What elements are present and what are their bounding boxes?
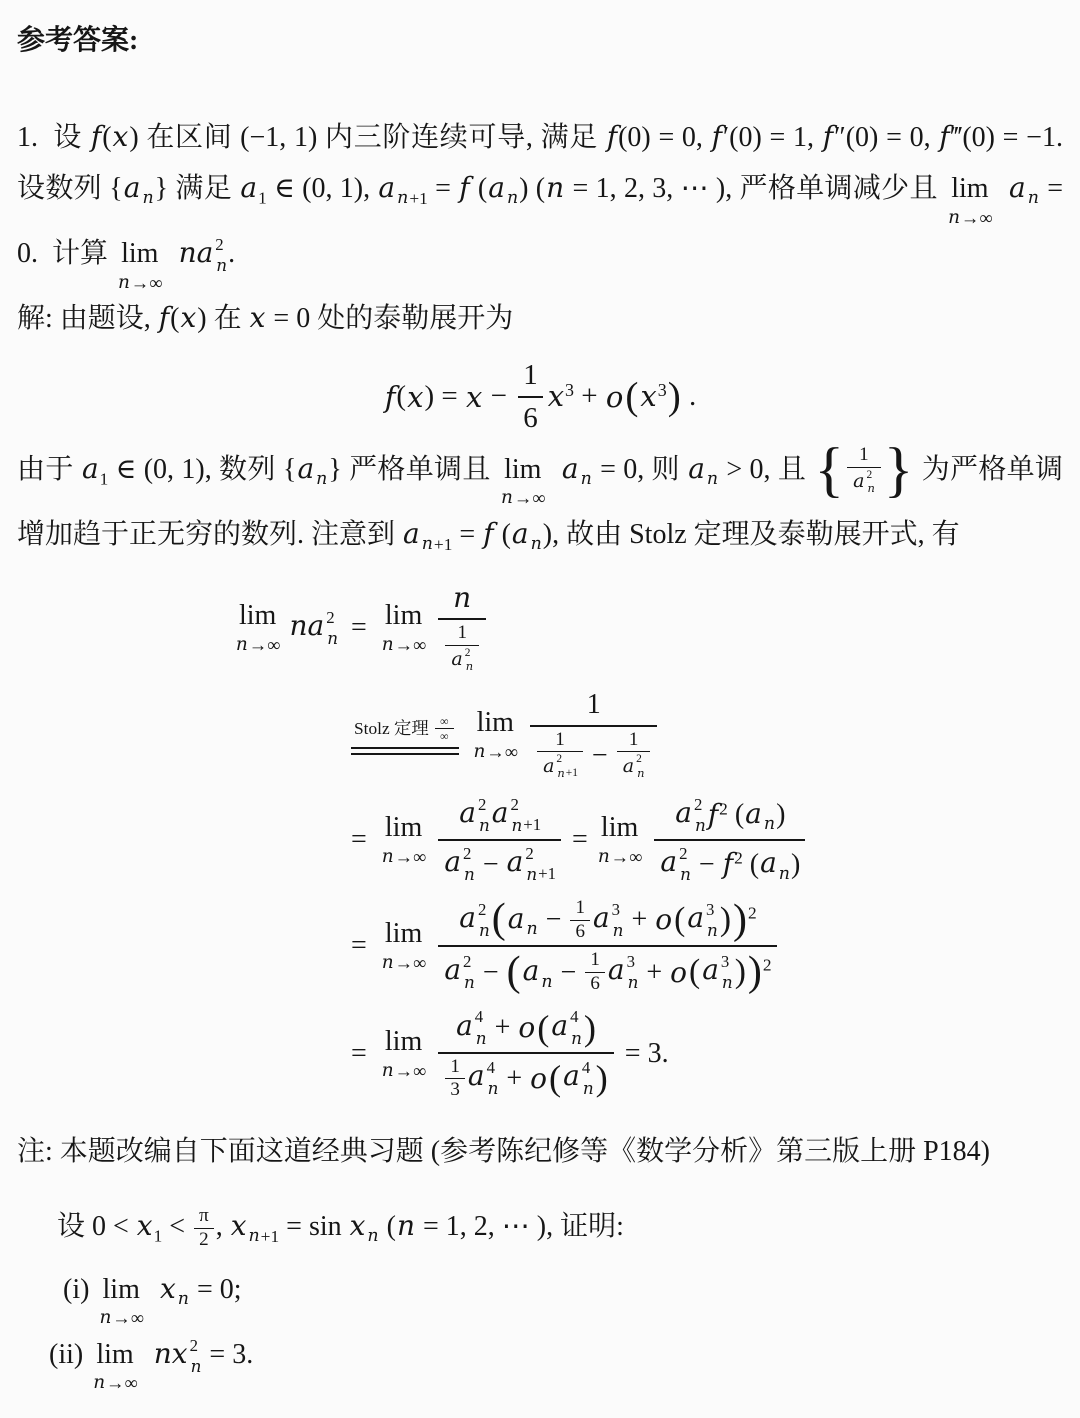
math-subscript: n bbox=[487, 1078, 500, 1099]
math-variable: a bbox=[491, 796, 510, 829]
math-variable: n bbox=[582, 1078, 595, 1098]
math-text: +1 bbox=[566, 767, 578, 781]
math-scripts: a2n+1 bbox=[506, 844, 556, 885]
note: 注: 本题改编自下面这道经典习题 (参考陈纪修等《数学分析》第三版上册 P184… bbox=[17, 1127, 1063, 1177]
math-text: →∞ bbox=[131, 273, 163, 293]
math-scripts: a2n bbox=[450, 647, 474, 675]
math-text: 3 bbox=[612, 900, 620, 919]
math-subscript: n bbox=[627, 972, 640, 993]
math-fraction: 16 bbox=[518, 358, 543, 436]
math-text: →∞ bbox=[486, 742, 518, 762]
math-variable: n bbox=[473, 742, 487, 762]
math-text: 2 bbox=[463, 844, 471, 863]
math-text: = sin bbox=[279, 1211, 348, 1242]
math-subscript: n bbox=[326, 628, 339, 649]
math-text: = bbox=[351, 1038, 367, 1070]
math-supsub: 2n bbox=[190, 1336, 203, 1377]
math-text: ∞ bbox=[440, 730, 448, 743]
fraction-bar bbox=[438, 945, 776, 947]
math-variable: a bbox=[562, 1059, 581, 1092]
math-text: = bbox=[351, 930, 367, 962]
limit-under: n→∞ bbox=[381, 1060, 427, 1081]
math-text: = 1, 2, 3, ⋯ ), 严格单调减少且 bbox=[565, 173, 945, 204]
math-text: π bbox=[199, 1206, 209, 1227]
math-big-delimiter: ( bbox=[688, 959, 701, 986]
math-text: +1 bbox=[434, 536, 452, 553]
math-text: 6 bbox=[590, 974, 600, 995]
math-subscript: n bbox=[540, 972, 553, 991]
math-text: ∈ (0, 1), 数列 { bbox=[108, 454, 296, 485]
taylor-expansion-equation: f(x) = x − 16x3 + o(x3) . bbox=[17, 358, 1063, 436]
math-variable: a bbox=[561, 452, 580, 485]
math-superscript: 2 bbox=[478, 900, 486, 920]
math-text: ∈ (0, 1), bbox=[267, 173, 378, 204]
math-variable: n bbox=[381, 953, 395, 973]
math-big-delimiter: ) bbox=[583, 1014, 597, 1043]
math-supsub: 2n bbox=[694, 795, 707, 836]
math-supsub: 4n bbox=[487, 1058, 500, 1099]
math-big-delimiter: ) bbox=[595, 1064, 609, 1093]
math-variable: a bbox=[674, 796, 693, 829]
math-limit: limn→∞ bbox=[947, 174, 993, 228]
math-scripts: a4n bbox=[562, 1058, 595, 1099]
equation-line: Stolz 定理 ∞∞limn→∞11a2n+1 − 1a2n bbox=[213, 688, 1063, 782]
math-row: n→∞ bbox=[597, 847, 643, 867]
math-variable: x bbox=[179, 301, 197, 334]
math-variable: n bbox=[500, 488, 514, 508]
math-text: ) ( bbox=[519, 173, 545, 204]
math-big-delimiter: ( bbox=[536, 1014, 550, 1043]
limit-word: lim bbox=[385, 1027, 422, 1058]
math-text: + bbox=[639, 956, 669, 990]
math-row: n+1 bbox=[510, 815, 541, 835]
math-subscript: n bbox=[580, 469, 593, 488]
math-variable: a bbox=[701, 953, 720, 986]
math-variable: n bbox=[98, 1308, 112, 1328]
math-text: ′(0) = 1, bbox=[723, 122, 822, 153]
math-text: 3 bbox=[565, 380, 574, 400]
fraction-bar bbox=[438, 839, 561, 841]
math-text: (ii) bbox=[49, 1339, 90, 1370]
math-scripts: a4n bbox=[550, 1007, 583, 1048]
math-text bbox=[1001, 173, 1008, 204]
math-limit: limn→∞ bbox=[117, 239, 163, 293]
math-variable: n bbox=[396, 1209, 416, 1242]
math-supsub: 2n+1 bbox=[556, 753, 578, 781]
math-numerator: a2n(an − 16a3n + o(a3n))2 bbox=[453, 898, 761, 942]
math-variable: n bbox=[721, 972, 734, 992]
math-variable: a bbox=[123, 171, 142, 204]
math-numerator: 1 bbox=[445, 1057, 465, 1078]
math-text: 2 bbox=[679, 844, 687, 863]
math-superscript: 3 bbox=[565, 380, 574, 400]
math-supsub: 2n bbox=[463, 844, 476, 885]
math-text: . bbox=[228, 238, 235, 269]
math-subscript: n bbox=[190, 1356, 203, 1377]
math-text: →∞ bbox=[395, 847, 427, 867]
math-big-delimiter: { bbox=[814, 446, 846, 495]
math-scripts: a2n+1 bbox=[542, 753, 578, 781]
fraction-bar bbox=[438, 1052, 613, 1054]
math-numerator: 1 bbox=[582, 688, 606, 722]
fraction-bar bbox=[445, 645, 479, 646]
math-variable: a bbox=[402, 517, 421, 550]
math-subscript: n+1 bbox=[396, 188, 428, 207]
math-denominator: a2n bbox=[847, 469, 881, 497]
math-fraction: 13 bbox=[445, 1057, 465, 1101]
math-subscript: n bbox=[366, 1226, 379, 1245]
math-denominator: a2n+1 bbox=[537, 753, 583, 781]
math-text: 2 bbox=[199, 1230, 209, 1251]
math-numerator: 1 bbox=[550, 730, 570, 751]
math-text: = bbox=[452, 519, 482, 550]
math-variable: n bbox=[679, 864, 692, 884]
math-scripts: x3 bbox=[639, 379, 666, 414]
math-text: 2 bbox=[719, 799, 728, 818]
math-superscript: 3 bbox=[658, 380, 667, 400]
math-text: 在区间 (−1, 1) 内三阶连续可导, 满足 bbox=[139, 122, 606, 153]
math-variable: a bbox=[507, 902, 526, 935]
math-scripts: an bbox=[744, 797, 776, 834]
math-denominator: a2n − f2 (an) bbox=[654, 844, 805, 885]
limit-word: lim bbox=[385, 601, 422, 632]
math-text: +1 bbox=[523, 815, 541, 835]
math-big-delimiter: ) bbox=[734, 959, 747, 986]
math-numerator: a2nf2 (an) bbox=[669, 795, 790, 836]
math-superscript: 2 bbox=[679, 844, 687, 864]
limit-word: lim bbox=[385, 813, 422, 844]
math-variable: n bbox=[247, 1228, 260, 1245]
math-row: n→∞ bbox=[381, 635, 427, 655]
math-supsub: 3n bbox=[627, 952, 640, 993]
math-variable: o bbox=[517, 1011, 536, 1045]
math-variable: n bbox=[510, 815, 523, 835]
math-scripts: an+1 bbox=[402, 519, 452, 550]
math-big-delimiter: } bbox=[883, 446, 915, 495]
math-subscript: n bbox=[778, 864, 791, 883]
math-text: − bbox=[554, 956, 584, 990]
math-text bbox=[152, 1274, 159, 1305]
math-scripts: xn bbox=[349, 1211, 380, 1242]
math-subscript: n bbox=[763, 814, 776, 833]
math-denominator: ∞ bbox=[435, 730, 453, 743]
math-subscript: n+1 bbox=[510, 815, 541, 836]
math-variable: f bbox=[90, 120, 102, 153]
math-limit: limn→∞ bbox=[473, 708, 519, 762]
limit-word: lim bbox=[96, 1340, 133, 1371]
math-subscript: n bbox=[525, 919, 538, 938]
math-variable: n bbox=[381, 635, 395, 655]
math-limit: limn→∞ bbox=[235, 601, 281, 655]
document: 参考答案: 1. 设 f(x) 在区间 (−1, 1) 内三阶连续可导, 满足 … bbox=[0, 0, 1080, 1418]
math-variable: a bbox=[81, 452, 100, 485]
math-text: 1 bbox=[258, 188, 267, 207]
limit-word: lim bbox=[121, 239, 158, 270]
math-fraction: 16 bbox=[585, 950, 605, 994]
math-fraction: ∞∞ bbox=[435, 715, 453, 744]
math-numerator: ∞ bbox=[435, 715, 453, 728]
math-text: 1 bbox=[555, 730, 565, 751]
math-big-delimiter: ( bbox=[548, 1064, 562, 1093]
math-variable: a bbox=[467, 1059, 486, 1092]
stolz-label: Stolz 定理 ∞∞ bbox=[351, 715, 459, 748]
math-text: 2 bbox=[636, 753, 642, 765]
math-numerator: a4n + o(a4n) bbox=[450, 1007, 602, 1048]
math-superscript: 2 bbox=[556, 753, 562, 767]
math-text: →∞ bbox=[514, 488, 546, 508]
math-variable: o bbox=[605, 380, 624, 414]
math-scripts: an bbox=[296, 454, 328, 485]
math-big-delimiter: ( bbox=[506, 956, 522, 990]
math-supsub: 2n bbox=[636, 753, 645, 781]
equation-rhs: limn→∞a2n(an − 16a3n + o(a3n))2a2n − (an… bbox=[379, 898, 781, 994]
math-text: →∞ bbox=[106, 1373, 138, 1393]
solution-intro: 解: 由题设, f(x) 在 x = 0 处的泰勒展开为 bbox=[17, 293, 1063, 344]
fraction-bar bbox=[617, 751, 651, 752]
equation-line: =limn→∞a2na2n+1a2n − a2n+1 = limn→∞a2nf2… bbox=[213, 795, 1063, 886]
math-variable: a bbox=[458, 796, 477, 829]
math-variable: f bbox=[158, 301, 170, 334]
math-limit: limn→∞ bbox=[381, 813, 427, 867]
math-text: = bbox=[351, 612, 367, 644]
math-variable: n bbox=[525, 919, 538, 939]
math-superscript: 4 bbox=[475, 1007, 483, 1027]
math-text: ( bbox=[495, 519, 511, 550]
math-text: 2 bbox=[734, 849, 743, 868]
math-text: − bbox=[585, 739, 615, 773]
math-variable: n bbox=[475, 1028, 488, 1048]
math-text: 3 bbox=[627, 952, 635, 971]
math-text: 6 bbox=[575, 922, 585, 943]
math-supsub: 2n bbox=[465, 647, 474, 675]
math-text: = 1, 2, ⋯ ), 证明: bbox=[416, 1211, 624, 1242]
math-text: = bbox=[351, 824, 367, 856]
math-text: 1 bbox=[629, 730, 639, 751]
limit-under: n→∞ bbox=[92, 1372, 138, 1393]
math-text: ( bbox=[396, 380, 406, 413]
equation-line: =limn→∞a2n(an − 16a3n + o(a3n))2a2n − (a… bbox=[213, 898, 1063, 994]
math-subscript: 1 bbox=[258, 188, 267, 207]
math-scripts: a2n bbox=[852, 469, 876, 497]
math-text: +1 bbox=[538, 864, 556, 884]
exercise-item-i: (i) limn→∞ xn = 0; bbox=[17, 1264, 1063, 1329]
math-row: n→∞ bbox=[473, 742, 519, 762]
math-variable: n bbox=[366, 1226, 379, 1246]
math-scripts: na2n bbox=[178, 238, 229, 269]
math-text: = 3. bbox=[202, 1339, 253, 1370]
math-variable: n bbox=[235, 635, 249, 655]
math-subscript: n bbox=[679, 864, 692, 885]
math-scripts: a2n bbox=[458, 900, 491, 941]
math-variable: n bbox=[530, 534, 543, 554]
math-text: } 满足 bbox=[155, 173, 240, 204]
math-denominator: 2 bbox=[194, 1230, 214, 1251]
math-scripts: an bbox=[511, 519, 543, 550]
math-text: 1 bbox=[450, 1057, 460, 1078]
math-text: 注: 本题改编自下面这道经典习题 (参考陈纪修等《数学分析》第三版上册 P184… bbox=[17, 1136, 990, 1167]
math-variable: n bbox=[421, 536, 434, 553]
math-text: 1 bbox=[575, 898, 585, 919]
math-scripts: a3n bbox=[592, 900, 625, 941]
math-big-delimiter: ( bbox=[673, 907, 686, 934]
math-variable: x bbox=[136, 1209, 154, 1242]
math-text: 4 bbox=[582, 1058, 590, 1077]
math-text: . bbox=[682, 380, 697, 413]
math-variable: x bbox=[159, 1272, 177, 1305]
math-fraction: 11a2n+1 − 1a2n bbox=[530, 688, 657, 782]
math-text: 由于 bbox=[17, 454, 81, 485]
math-variable: a bbox=[622, 755, 635, 777]
math-superscript: 2 bbox=[463, 844, 471, 864]
math-denominator: a2n bbox=[445, 647, 479, 675]
math-scripts: )2 bbox=[732, 903, 757, 938]
math-text: →∞ bbox=[395, 953, 427, 973]
limit-under: n→∞ bbox=[381, 634, 427, 655]
math-denominator: 1a2n bbox=[438, 623, 486, 675]
math-text: + bbox=[488, 1011, 518, 1045]
math-numerator: 1 bbox=[624, 730, 644, 751]
math-variable: n bbox=[627, 972, 640, 992]
math-variable: n bbox=[396, 190, 409, 207]
math-variable: n bbox=[540, 972, 553, 992]
math-fraction: 1a2n+1 bbox=[537, 730, 583, 782]
exercise-statement: 设 0 < x1 < π2, xn+1 = sin xn (n = 1, 2, … bbox=[17, 1201, 1063, 1252]
math-variable: n bbox=[694, 815, 707, 835]
fraction-bar bbox=[537, 751, 583, 752]
math-text: ), 故由 Stolz 定理及泰勒展开式, 有 bbox=[543, 519, 960, 550]
math-variable: o bbox=[654, 903, 673, 937]
math-variable: a bbox=[759, 846, 778, 879]
math-variable: a bbox=[744, 797, 763, 830]
math-fraction: 16 bbox=[570, 898, 590, 942]
math-subscript: n bbox=[478, 815, 491, 836]
math-big-delimiter: ) bbox=[667, 381, 682, 412]
math-text: 2 bbox=[763, 955, 772, 974]
math-subscript: n bbox=[706, 469, 719, 488]
math-variable: a bbox=[487, 171, 506, 204]
math-variable: n bbox=[141, 188, 154, 208]
limit-word: lim bbox=[951, 174, 988, 205]
math-row: 13a4n + o(a4n) bbox=[443, 1057, 608, 1101]
math-fraction: 1a2n bbox=[847, 445, 881, 497]
math-variable: nx bbox=[153, 1337, 189, 1370]
math-scripts: a2n bbox=[443, 844, 476, 885]
math-variable: n bbox=[381, 847, 395, 867]
math-scripts: a2n bbox=[458, 795, 491, 836]
math-text: 4 bbox=[570, 1007, 578, 1026]
limit-word: lim bbox=[385, 919, 422, 950]
math-variable: f bbox=[482, 517, 494, 550]
math-variable: n bbox=[478, 815, 491, 835]
math-text: 3 bbox=[721, 952, 729, 971]
math-big-delimiter: ( bbox=[624, 381, 639, 412]
math-limit: limn→∞ bbox=[381, 919, 427, 973]
math-variable: f bbox=[711, 120, 723, 153]
math-subscript: n bbox=[694, 815, 707, 836]
math-row: n→∞ bbox=[92, 1373, 138, 1393]
math-text: 2 bbox=[510, 795, 518, 814]
math-text: 解: 由题设, bbox=[17, 303, 158, 334]
math-variable: a bbox=[455, 1009, 474, 1042]
math-variable: a bbox=[377, 171, 396, 204]
math-text: , bbox=[216, 1211, 230, 1242]
math-variable: n bbox=[612, 920, 625, 940]
math-text: 3 bbox=[450, 1080, 460, 1101]
limit-under: n→∞ bbox=[597, 846, 643, 867]
math-scripts: )2 bbox=[747, 955, 772, 990]
math-scripts: an bbox=[561, 454, 593, 485]
math-limit: limn→∞ bbox=[92, 1340, 138, 1394]
math-text: 2 bbox=[866, 469, 872, 481]
math-fraction: 1a2n bbox=[445, 623, 479, 675]
math-scripts: a1 bbox=[239, 173, 266, 204]
math-superscript: 2 bbox=[478, 795, 486, 815]
math-scripts: xn+1 bbox=[230, 1211, 279, 1242]
math-row: n+1 bbox=[396, 190, 428, 207]
math-text: = 0 处的泰勒展开为 bbox=[266, 303, 513, 334]
math-variable: o bbox=[669, 956, 688, 990]
math-text: 2 bbox=[556, 753, 562, 765]
math-numerator: 1 bbox=[518, 358, 543, 393]
math-row: n→∞ bbox=[500, 488, 546, 508]
limit-under: n→∞ bbox=[947, 207, 993, 228]
math-variable: a bbox=[852, 470, 865, 492]
math-subscript: n+1 bbox=[247, 1226, 279, 1245]
math-row: a2n − (an − 16a3n + o(a3n))2 bbox=[443, 950, 771, 994]
math-supsub: 3n bbox=[612, 900, 625, 941]
math-limit: limn→∞ bbox=[500, 455, 546, 509]
math-variable: n bbox=[636, 766, 645, 780]
math-row: n→∞ bbox=[381, 953, 427, 973]
math-supsub: 2n bbox=[866, 469, 875, 497]
math-scripts: an+1 bbox=[377, 173, 427, 204]
math-text: − bbox=[476, 848, 506, 882]
math-variable: n bbox=[778, 864, 791, 884]
math-scripts: a2n+1 bbox=[491, 795, 541, 836]
limit-under: n→∞ bbox=[235, 634, 281, 655]
math-supsub: 2n bbox=[478, 900, 491, 941]
math-subscript: n bbox=[721, 972, 734, 993]
math-text: ( bbox=[471, 173, 488, 204]
math-text: 4 bbox=[475, 1007, 483, 1026]
math-denominator: a2n − a2n+1 bbox=[438, 844, 561, 885]
math-supsub: 4n bbox=[570, 1007, 583, 1048]
math-text: 3 bbox=[658, 380, 667, 400]
math-text: 1 bbox=[587, 688, 601, 722]
math-scripts: a4n bbox=[467, 1058, 500, 1099]
math-variable: n bbox=[525, 864, 538, 884]
equation-relation: = bbox=[351, 824, 367, 856]
math-denominator: 3 bbox=[445, 1080, 465, 1101]
math-text: 2 bbox=[326, 608, 334, 627]
math-row: n→∞ bbox=[381, 1061, 427, 1081]
equation-rhs: limn→∞a4n + o(a4n)13a4n + o(a4n) = 3. bbox=[379, 1007, 669, 1100]
math-numerator: 1 bbox=[570, 898, 590, 919]
math-superscript: 2 bbox=[719, 799, 728, 818]
math-row: a2n − f2 (an) bbox=[659, 844, 800, 885]
math-numerator: n bbox=[447, 581, 477, 615]
math-subscript: n bbox=[463, 864, 476, 885]
math-subscript: n bbox=[463, 972, 476, 993]
math-text: + bbox=[499, 1062, 529, 1096]
limit-word: lim bbox=[103, 1275, 140, 1306]
math-variable: x bbox=[639, 379, 657, 413]
math-text bbox=[171, 238, 178, 269]
math-scripts: a3n bbox=[686, 900, 719, 941]
math-supsub: 2n bbox=[463, 952, 476, 993]
equation-line: limn→∞na2n=limn→∞n1a2n bbox=[213, 581, 1063, 675]
math-scripts: an bbox=[522, 954, 554, 991]
